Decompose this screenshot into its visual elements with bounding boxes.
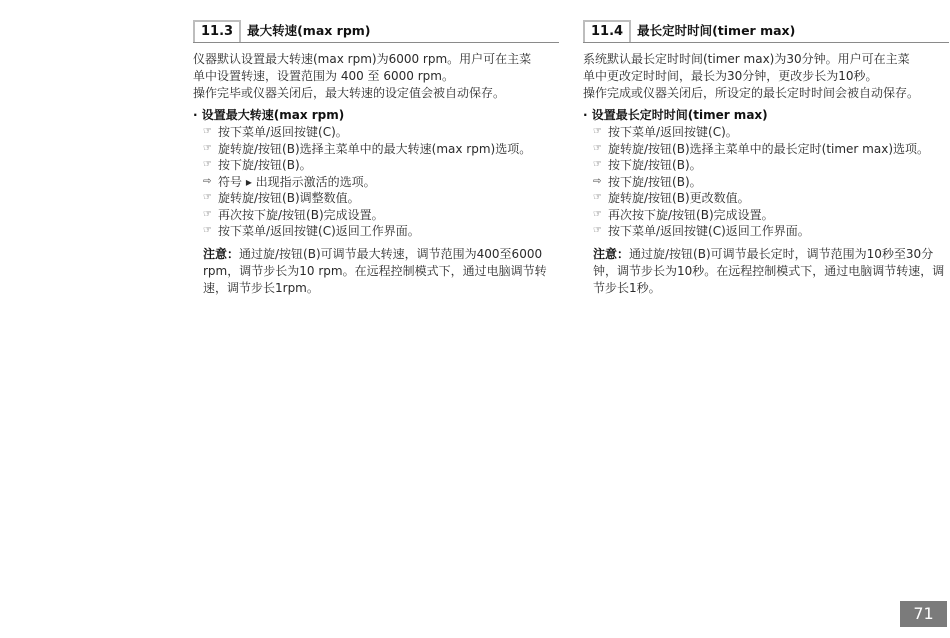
note-label: 注意： (593, 247, 629, 261)
pointing-hand-icon: ☞ (593, 141, 608, 158)
section-title: 最长定时时间(timer max) (637, 20, 795, 42)
pointing-hand-icon: ☞ (203, 223, 218, 240)
pointing-hand-icon: ☞ (203, 190, 218, 207)
pointing-hand-icon: ☞ (203, 157, 218, 174)
pointing-hand-icon: ☞ (593, 223, 608, 240)
intro-line: 系统默认最长定时时间(timer max)为30分钟。用户可在主菜 (583, 51, 949, 68)
step-text: 旋转旋/按钮(B)选择主菜单中的最大转速(max rpm)选项。 (218, 141, 531, 158)
pointing-hand-icon: ☞ (593, 207, 608, 224)
step-item: ☞旋转旋/按钮(B)更改数值。 (593, 190, 949, 207)
section-heading: 11.4 最长定时时间(timer max) (583, 20, 949, 43)
pointing-hand-icon: ☞ (593, 190, 608, 207)
step-text: 按下旋/按钮(B)。 (608, 174, 702, 191)
step-text: 旋转旋/按钮(B)选择主菜单中的最长定时(timer max)选项。 (608, 141, 929, 158)
step-text: 按下菜单/返回按键(C)。 (608, 124, 738, 141)
section-number: 11.4 (583, 20, 631, 42)
subheading: · 设置最大转速(max rpm) (193, 107, 559, 124)
section-heading: 11.3 最大转速(max rpm) (193, 20, 559, 43)
pointing-hand-icon: ☞ (593, 124, 608, 141)
pointing-hand-icon: ☞ (593, 157, 608, 174)
section-title: 最大转速(max rpm) (247, 20, 370, 42)
step-item: ☞旋转旋/按钮(B)选择主菜单中的最长定时(timer max)选项。 (593, 141, 949, 158)
step-text: 再次按下旋/按钮(B)完成设置。 (608, 207, 774, 224)
step-text: 旋转旋/按钮(B)更改数值。 (608, 190, 750, 207)
section-number: 11.3 (193, 20, 241, 42)
step-item: ☞再次按下旋/按钮(B)完成设置。 (593, 207, 949, 224)
intro-line: 操作完成或仪器关闭后，所设定的最长定时时间会被自动保存。 (583, 85, 949, 102)
pointing-hand-icon: ☞ (203, 207, 218, 224)
pointing-hand-icon: ☞ (203, 141, 218, 158)
step-item: ☞旋转旋/按钮(B)调整数值。 (203, 190, 559, 207)
intro-line: 单中设置转速，设置范围为 400 至 6000 rpm。 (193, 68, 559, 85)
note-label: 注意： (203, 247, 239, 261)
step-item: ☞再次按下旋/按钮(B)完成设置。 (203, 207, 559, 224)
page-number: 71 (900, 601, 947, 627)
intro-line: 操作完毕或仪器关闭后，最大转速的设定值会被自动保存。 (193, 85, 559, 102)
subheading: · 设置最长定时时间(timer max) (583, 107, 949, 124)
step-text: 按下菜单/返回按键(C)。 (218, 124, 348, 141)
result-arrow-icon: ⇨ (203, 174, 218, 191)
pointing-hand-icon: ☞ (203, 124, 218, 141)
step-item: ☞按下菜单/返回按键(C)返回工作界面。 (203, 223, 559, 240)
step-item: ☞旋转旋/按钮(B)选择主菜单中的最大转速(max rpm)选项。 (203, 141, 559, 158)
step-item: ☞按下旋/按钮(B)。 (593, 157, 949, 174)
section-max-rpm: 11.3 最大转速(max rpm) 仪器默认设置最大转速(max rpm)为6… (193, 20, 559, 297)
step-text: 再次按下旋/按钮(B)完成设置。 (218, 207, 384, 224)
step-item: ☞按下菜单/返回按键(C)返回工作界面。 (593, 223, 949, 240)
result-arrow-icon: ⇨ (593, 174, 608, 191)
note-text: 通过旋/按钮(B)可调节最长定时，调节范围为10秒至30分钟，调节步长为10秒。… (593, 247, 944, 295)
section-timer-max: 11.4 最长定时时间(timer max) 系统默认最长定时时间(timer … (583, 20, 949, 297)
step-text: 按下菜单/返回按键(C)返回工作界面。 (608, 223, 810, 240)
step-item: ☞按下旋/按钮(B)。 (203, 157, 559, 174)
step-list: ☞按下菜单/返回按键(C)。 ☞旋转旋/按钮(B)选择主菜单中的最长定时(tim… (583, 124, 949, 240)
step-item: ⇨按下旋/按钮(B)。 (593, 174, 949, 191)
step-list: ☞按下菜单/返回按键(C)。 ☞旋转旋/按钮(B)选择主菜单中的最大转速(max… (193, 124, 559, 240)
step-text: 按下旋/按钮(B)。 (218, 157, 312, 174)
note-text: 通过旋/按钮(B)可调节最大转速，调节范围为400至6000 rpm，调节步长为… (203, 247, 547, 295)
step-text: 符号 ▸ 出现指示激活的选项。 (218, 174, 376, 191)
step-item: ☞按下菜单/返回按键(C)。 (593, 124, 949, 141)
step-text: 按下旋/按钮(B)。 (608, 157, 702, 174)
intro-line: 单中更改定时时间，最长为30分钟，更改步长为10秒。 (583, 68, 949, 85)
intro-line: 仪器默认设置最大转速(max rpm)为6000 rpm。用户可在主菜 (193, 51, 559, 68)
step-item: ⇨符号 ▸ 出现指示激活的选项。 (203, 174, 559, 191)
step-item: ☞按下菜单/返回按键(C)。 (203, 124, 559, 141)
step-text: 旋转旋/按钮(B)调整数值。 (218, 190, 360, 207)
note: 注意：通过旋/按钮(B)可调节最大转速，调节范围为400至6000 rpm，调节… (203, 246, 559, 297)
step-text: 按下菜单/返回按键(C)返回工作界面。 (218, 223, 420, 240)
note: 注意：通过旋/按钮(B)可调节最长定时，调节范围为10秒至30分钟，调节步长为1… (593, 246, 949, 297)
